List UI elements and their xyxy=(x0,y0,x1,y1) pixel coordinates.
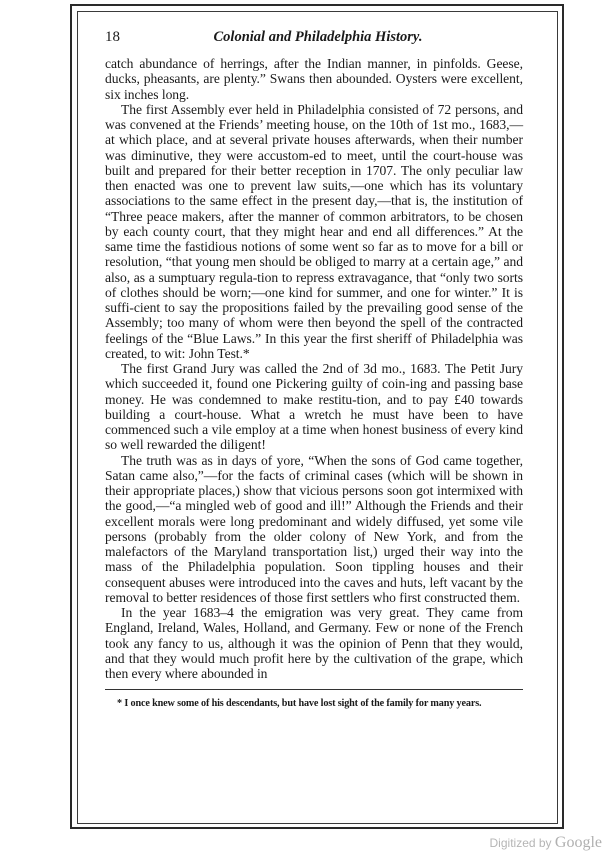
paragraph-4: The truth was as in days of yore, “When … xyxy=(105,453,523,606)
body-text: catch abundance of herrings, after the I… xyxy=(105,56,523,681)
watermark-brand: Google xyxy=(555,834,602,851)
paragraph-3: The first Grand Jury was called the 2nd … xyxy=(105,361,523,453)
paragraph-1: catch abundance of herrings, after the I… xyxy=(105,56,523,102)
running-title: Colonial and Philadelphia History. xyxy=(105,29,523,46)
running-head: 18 Colonial and Philadelphia History. xyxy=(105,29,523,53)
book-page: 18 Colonial and Philadelphia History. ca… xyxy=(105,29,523,709)
footnote-rule xyxy=(105,689,523,690)
paragraph-2: The first Assembly ever held in Philadel… xyxy=(105,102,523,361)
paragraph-5: In the year 1683–4 the emigration was ve… xyxy=(105,605,523,681)
digitized-watermark: Digitized by Google xyxy=(490,834,602,852)
watermark-prefix: Digitized by xyxy=(490,836,555,850)
footnote: * I once knew some of his descendants, b… xyxy=(105,698,523,709)
